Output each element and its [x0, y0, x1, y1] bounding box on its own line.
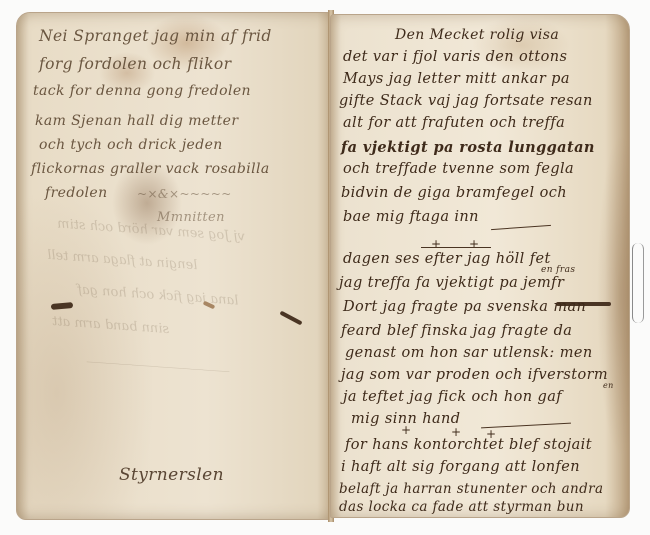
open-notebook: vj Jog sem var hörd och stim lengin at f… — [12, 8, 642, 528]
flourish: ~×&×~~~~~ — [137, 187, 232, 201]
stanza2-line: dagen ses efter jag höll fet — [343, 251, 551, 267]
interlinear-note: en — [603, 381, 614, 390]
ink-stroke — [279, 311, 302, 326]
stanza1-line: fa vjektigt pa rosta lunggatan — [341, 139, 595, 156]
stanza3-line: das locka ca fade att styrman bun — [339, 499, 584, 515]
signature: Styrnerslen — [119, 465, 224, 485]
left-line-5: och tych och drick jeden — [39, 137, 223, 153]
bleed-through-text: ______________________ — [87, 348, 231, 373]
manuscript-photo: vj Jog sem var hörd och stim lengin at f… — [0, 0, 650, 535]
binding-thread — [632, 243, 644, 323]
interlinear-note: en fras — [541, 265, 575, 275]
smudged-word: Mmnitten — [157, 210, 225, 225]
stanza1-line: det var i fjol varis den ottons — [343, 49, 567, 65]
stanza2-line: genast om hon sar utlensk: men — [345, 345, 593, 361]
bleed-through-text: sinn band arm att — [52, 314, 170, 337]
stanza3-line: i haft alt sig forgang att lonfen — [341, 459, 580, 475]
left-line-7: fredolen — [45, 185, 108, 201]
cross-mark: + — [431, 237, 441, 251]
stanza1-line: bae mig ftaga inn — [343, 209, 479, 225]
stanza2-line: jag som var proden och ifverstorm — [341, 367, 608, 383]
right-page: Den Mecket rolig visa det var i fjol var… — [330, 14, 630, 518]
end-flourish — [491, 225, 551, 230]
stanza3-line: belaft ja harran stunenter och andra — [339, 481, 603, 497]
stanza1-line: alt for att frafuten och treffa — [343, 115, 565, 131]
stanza1-line: och treffade tvenne som fegla — [343, 161, 574, 177]
ink-blot — [51, 302, 73, 310]
stanza1-line: Mays jag letter mitt ankar pa — [343, 71, 570, 87]
stanza1-line: bidvin de giga bramfegel och — [341, 185, 567, 201]
left-line-2: forg fordolen och flikor — [39, 55, 231, 73]
left-line-3: tack for denna gong fredolen — [33, 83, 251, 99]
left-line-4: kam Sjenan hall dig metter — [35, 113, 238, 129]
cross-mark: + — [401, 423, 411, 437]
divider-line — [421, 247, 491, 248]
stanza1-line: gifte Stack vaj jag fortsate resan — [339, 93, 593, 109]
stanza2-line: ja teftet jag fick och hon gaf — [343, 389, 562, 405]
stanza2-line: feard blef finska jag fragte da — [341, 323, 572, 339]
left-line-1: Nei Spranget jag min af frid — [39, 27, 272, 45]
left-page: vj Jog sem var hörd och stim lengin at f… — [16, 12, 334, 520]
song-title: Den Mecket rolig visa — [395, 27, 559, 43]
bleed-through-text: lengin at flaga arm tell — [47, 248, 198, 273]
left-line-6: flickornas graller vack rosabilla — [31, 161, 270, 177]
stanza2-line: Dort jag fragte pa svenska man — [343, 299, 586, 315]
cross-mark: + — [469, 237, 479, 251]
stanza2-line: jag treffa fa vjektigt pa jemfr — [339, 275, 564, 291]
stanza3-line: for hans kontorchtet blef stojait — [345, 437, 592, 453]
